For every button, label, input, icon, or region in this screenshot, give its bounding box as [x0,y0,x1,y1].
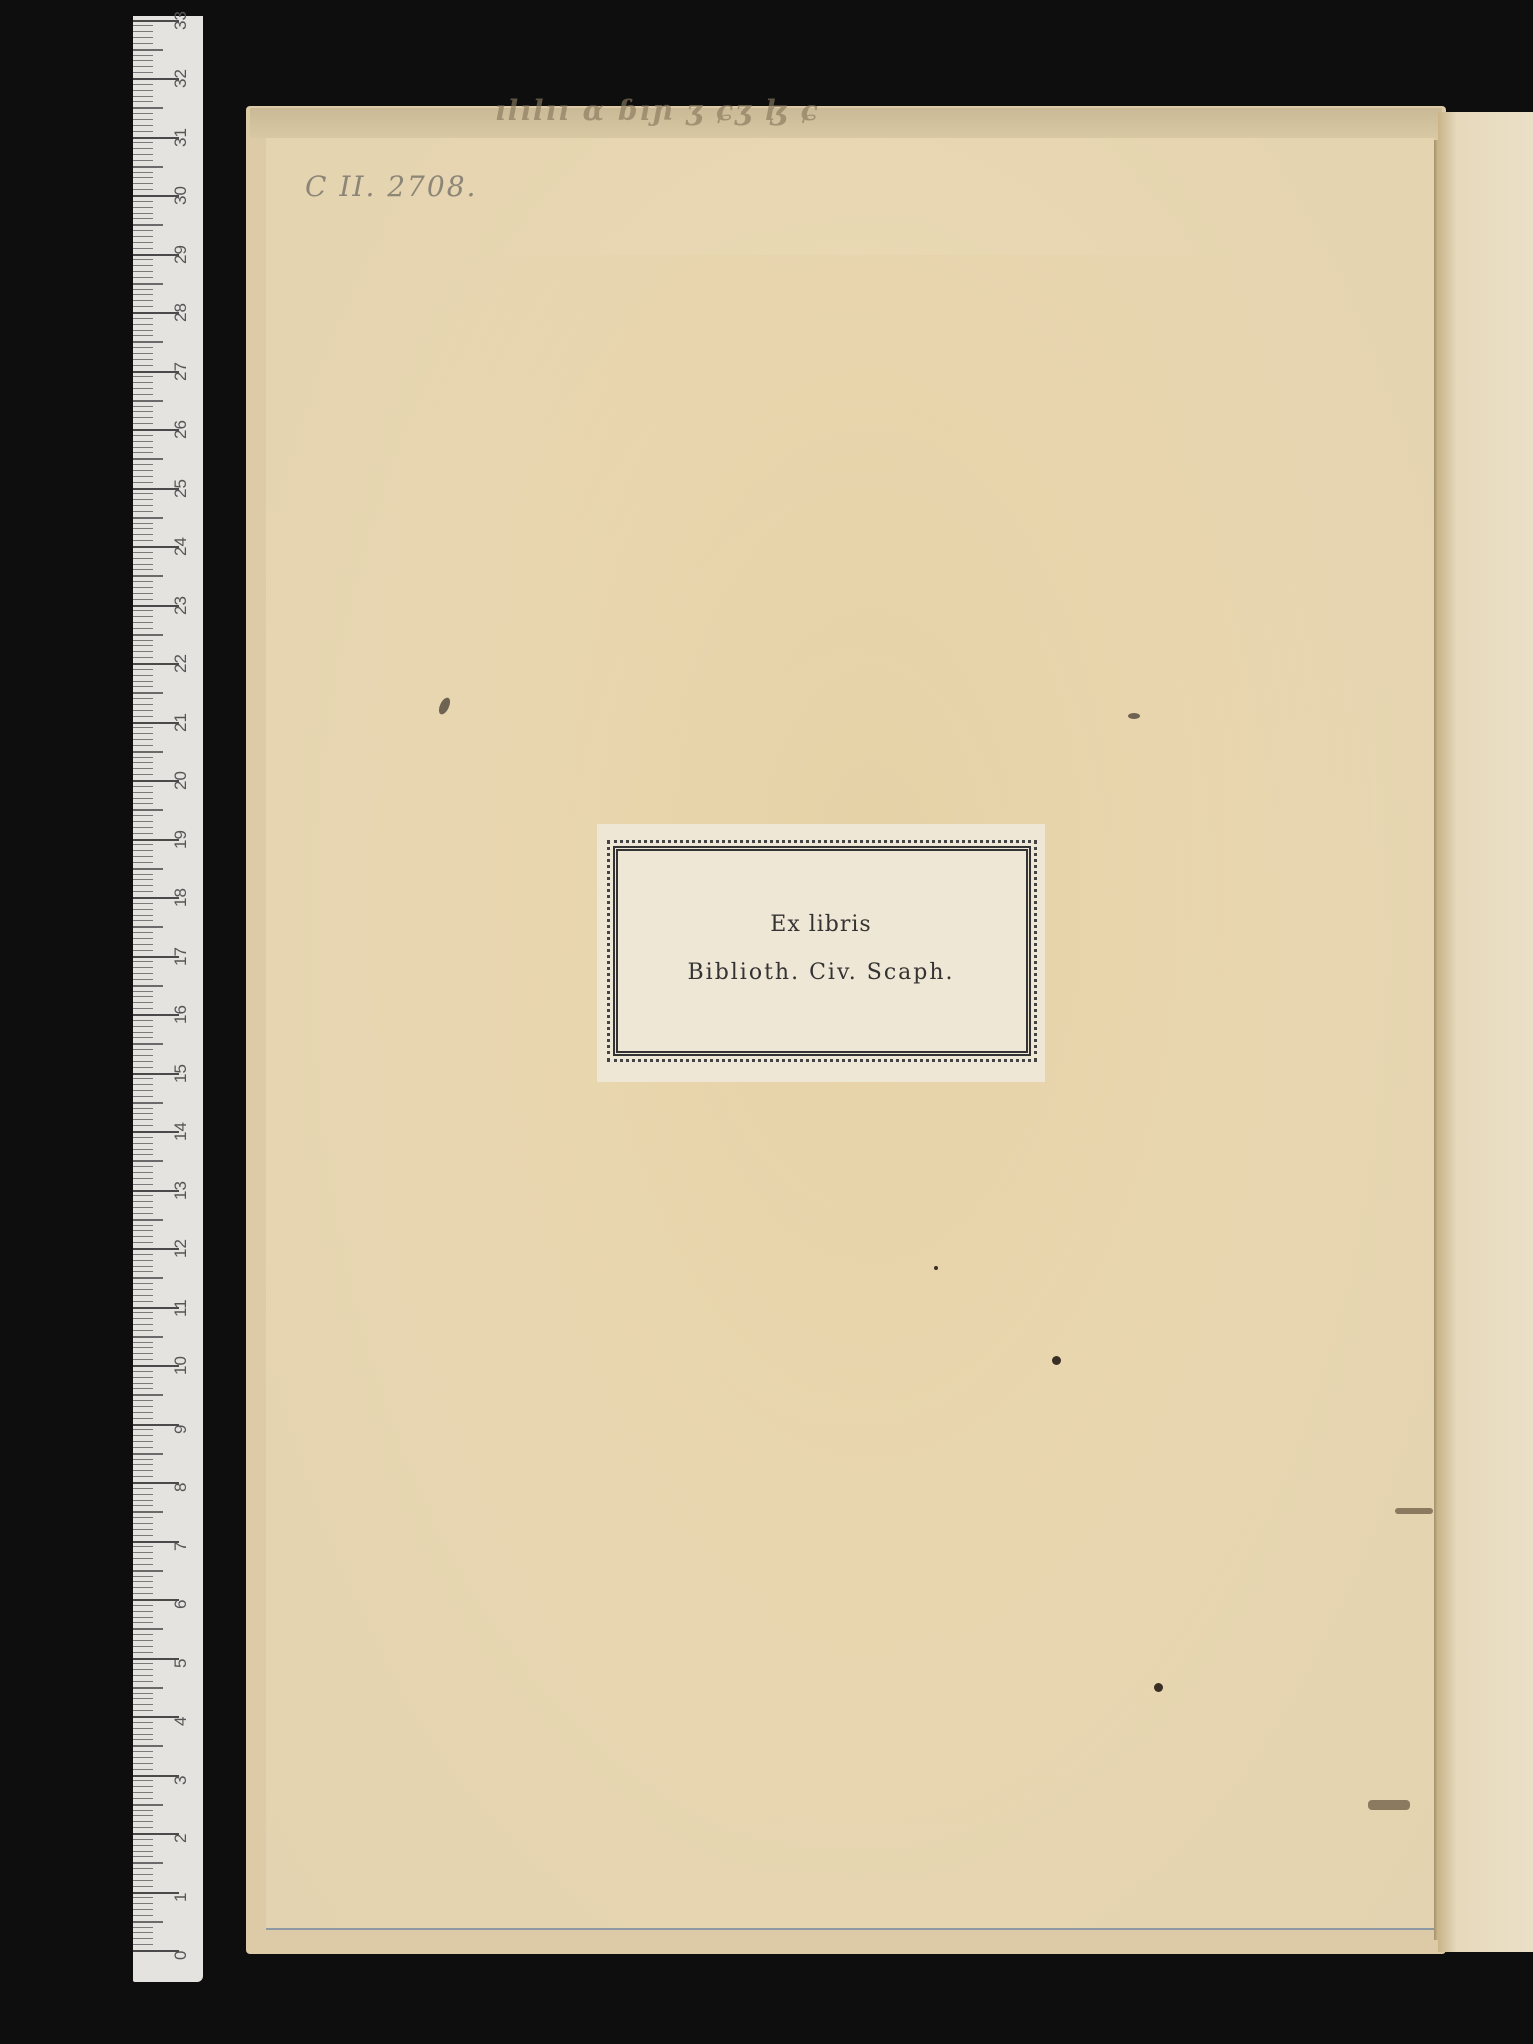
ruler-tick [133,1143,153,1144]
ink-spot [934,1266,938,1270]
ruler-tick [133,1622,153,1623]
ruler-tick [133,183,153,184]
ruler-label: 24 [171,526,191,556]
ruler-label: 6 [171,1579,191,1609]
ruler-tick [133,359,153,360]
ruler-tick [133,1119,153,1120]
ruler-tick [133,1330,153,1331]
ruler-tick [133,1792,153,1793]
ruler-tick [133,1845,153,1846]
ruler-tick [133,1745,163,1747]
ruler-tick [133,1605,153,1606]
ruler-tick [133,1037,153,1038]
ruler-tick [133,1418,153,1419]
ruler-tick [133,1470,153,1471]
ruler-tick [133,1915,153,1916]
ruler-tick [133,716,153,717]
ruler-tick [133,991,153,992]
ruler-tick [133,1827,153,1828]
ruler-label: 33 [171,0,191,30]
ruler-tick [133,236,153,237]
ruler-tick [133,277,153,278]
ruler-label: 20 [171,760,191,790]
ruler-label: 18 [171,877,191,907]
top-turn-in [250,108,1442,138]
ruler-tick [133,1137,153,1138]
stain-mark [1395,1508,1433,1514]
ruler-tick [133,447,153,448]
ruler-tick [133,148,153,149]
ruler-tick [133,727,153,728]
ruler-tick [133,973,153,974]
ruler-label: 4 [171,1696,191,1726]
ruler-tick [133,1160,163,1162]
ruler-tick [133,979,153,980]
ruler-tick [133,1921,163,1923]
ruler-label: 1 [171,1872,191,1902]
ruler-tick [133,651,153,652]
ruler-tick [133,827,153,828]
ruler-tick [133,1751,153,1752]
ruler-tick [133,1652,153,1653]
ruler-tick [133,821,153,822]
ruler-tick [133,43,153,44]
ruler-tick [133,1932,153,1933]
ruler-tick [133,511,153,512]
ruler-tick [133,996,153,997]
ruler-tick [133,1260,153,1261]
ruler-tick [133,1020,153,1021]
ruler-tick [133,1927,153,1928]
ruler-tick [133,1371,153,1372]
ruler-tick [133,932,153,933]
ruler-tick [133,470,153,471]
ruler-tick [133,1763,153,1764]
ruler-tick [133,1108,153,1109]
ruler-tick [133,493,153,494]
ruler-tick [133,300,153,301]
ruler-tick [133,569,153,570]
ruler-label: 3 [171,1755,191,1785]
ruler-tick [133,862,153,863]
ruler-label: 11 [171,1287,191,1317]
ruler-tick [133,60,153,61]
ruler-tick [133,762,153,763]
ruler-label: 0 [171,1930,191,1960]
ruler-tick [133,920,153,921]
ruler-tick [133,265,153,266]
ruler-tick [133,1236,153,1237]
bookplate: Ex libris Biblioth. Civ. Scaph. [597,824,1045,1082]
ruler-tick [133,423,153,424]
ruler-tick [133,704,153,705]
ink-spot [1052,1356,1061,1365]
ruler-tick [133,710,153,711]
ruler-tick [133,926,163,928]
shelfmark: C II. 2708. [305,170,477,203]
ruler-tick [133,1125,153,1126]
ruler-tick [133,1786,153,1787]
ruler-tick [133,435,153,436]
ruler-tick [133,1277,163,1279]
ruler-tick [133,1687,163,1689]
stain-mark [1368,1800,1410,1810]
ruler-tick [133,1693,153,1694]
ruler-tick [133,1336,163,1338]
ruler-tick [133,891,153,892]
ruler-label: 28 [171,292,191,322]
ruler-tick [133,1821,153,1822]
ruler-tick [133,1400,153,1401]
ruler-tick [133,1681,153,1682]
ruler-tick [133,1295,153,1296]
ruler-tick [133,1225,153,1226]
ruler-tick [133,1096,153,1097]
ruler-tick [133,335,153,336]
ruler-tick [133,622,153,623]
ruler-tick [133,72,153,73]
ruler-tick [133,464,153,465]
ruler-tick [133,1043,163,1045]
ruler-label: 17 [171,936,191,966]
ruler-tick [133,505,153,506]
ruler-tick [133,610,153,611]
ruler-tick [133,1880,153,1881]
ruler-tick [133,1739,153,1740]
ruler-tick [133,1663,153,1664]
ruler-tick [133,1517,153,1518]
ruler-tick [133,961,153,962]
ruler-tick [133,1090,153,1091]
ruler-tick [133,1342,153,1343]
ruler-tick [133,160,153,161]
ruler-tick [133,1102,163,1104]
ruler-tick [133,1324,153,1325]
ruler-tick [133,324,153,325]
ruler-tick [133,1728,153,1729]
ruler-tick [133,645,153,646]
ruler-tick [133,792,153,793]
ruler-label: 30 [171,175,191,205]
ruler-tick [133,909,153,910]
ruler-tick [133,306,153,307]
ruler-tick [133,388,153,389]
ruler-label: 23 [171,585,191,615]
ruler-tick [133,885,153,886]
ruler-tick [133,482,153,483]
ruler-label: 13 [171,1170,191,1200]
ruler-tick [133,1008,153,1009]
ruler-tick [133,1283,153,1284]
ruler-tick [133,950,153,951]
ruler-tick [133,1154,153,1155]
ruler-tick [133,1611,153,1612]
ruler-tick [133,1874,153,1875]
ruler-tick [133,1359,153,1360]
ruler-tick [133,1704,153,1705]
ruler-label: 9 [171,1404,191,1434]
ruler-tick [133,1464,153,1465]
ruler-tick [133,1868,153,1869]
ruler-tick [133,552,153,553]
ruler-tick [133,1734,153,1735]
ruler-tick [133,1856,153,1857]
ruler-tick [133,207,153,208]
ruler-tick [133,798,153,799]
ruler-tick [133,289,153,290]
ruler-tick [133,1669,153,1670]
ruler-label: 31 [171,117,191,147]
ruler-tick [133,1201,153,1202]
ruler-tick [133,593,153,594]
ruler-tick [133,1213,153,1214]
ruler-tick [133,1318,153,1319]
ruler-tick [133,376,153,377]
ruler-tick [133,692,163,694]
ruler-tick [133,1646,153,1647]
ruler-tick [133,587,153,588]
ruler-tick [133,1377,153,1378]
ruler-tick [133,1587,153,1588]
ruler-tick [133,1230,153,1231]
ruler-tick [133,1500,153,1501]
ruler-tick [133,868,163,870]
ruler-tick [133,1032,153,1033]
ruler-tick [133,1049,153,1050]
ruler-tick [133,1453,163,1455]
ruler-label: 10 [171,1345,191,1375]
ruler-tick [133,1722,153,1723]
ruler-tick [133,1581,153,1582]
ruler-tick [133,1546,153,1547]
ruler-tick [133,1938,153,1939]
ruler-tick [133,1429,153,1430]
ruler-tick [133,540,153,541]
ruler-tick [133,101,153,102]
ruler-tick [133,1488,153,1489]
ruler-tick [133,1523,153,1524]
ruler-tick [133,681,153,682]
ruler-tick [133,1909,153,1910]
ruler-tick [133,31,153,32]
ruler-label: 26 [171,409,191,439]
stain-mark [1128,713,1140,719]
ruler-tick [133,1026,153,1027]
ruler-tick [133,201,153,202]
ruler-tick [133,458,163,460]
ruler-label: 7 [171,1521,191,1551]
ruler-tick [133,1388,153,1389]
ruler-tick [133,1061,153,1062]
ruler-tick [133,657,153,658]
ruler-tick [133,874,153,875]
ruler-label: 22 [171,643,191,673]
ruler-tick [133,248,153,249]
ruler-label: 8 [171,1462,191,1492]
ruler-tick [133,283,163,285]
ruler-tick [133,1149,153,1150]
ruler-tick [133,441,153,442]
ruler-tick [133,739,153,740]
ruler-tick [133,1447,153,1448]
ruler-tick [133,1459,153,1460]
ruler-tick [133,271,153,272]
ruler-tick [133,294,153,295]
ruler-tick [133,815,153,816]
ruler-tick [133,417,153,418]
ruler-tick [133,1944,153,1945]
ruler-tick [133,452,153,453]
ruler-tick [133,400,163,402]
ruler-tick [133,1441,153,1442]
ruler-tick [133,1312,153,1313]
ruler-tick [133,686,153,687]
ruler-tick [133,903,153,904]
ruler-tick [133,1184,153,1185]
ruler-tick [133,1505,153,1506]
ruler-tick [133,1617,153,1618]
ruler-tick [133,1347,153,1348]
ruler-tick [133,628,153,629]
ruler-tick [133,1798,153,1799]
ruler-tick [133,1810,153,1811]
ruler-tick [133,757,153,758]
ruler-label: 5 [171,1638,191,1668]
ruler-tick [133,382,153,383]
ruler-tick [133,1640,153,1641]
ruler-tick [133,1271,153,1272]
ruler-tick [133,224,163,226]
ruler-tick [133,1254,153,1255]
ruler-tick [133,985,163,987]
ruler-tick [133,1435,153,1436]
ruler-tick [133,1055,153,1056]
ruler-tick [133,55,153,56]
ruler-tick [133,1207,153,1208]
ruler-tick [133,172,153,173]
ruler-tick [133,1353,153,1354]
ruler-tick [133,581,153,582]
ruler-tick [133,1710,153,1711]
ruler-tick [133,166,163,168]
ruler-tick [133,1769,153,1770]
ruler-tick [133,230,153,231]
ruler-label: 2 [171,1813,191,1843]
ruler-tick [133,1570,163,1572]
ruler-tick [133,96,153,97]
ruler-tick [133,675,153,676]
ruler-tick [133,1757,153,1758]
ruler-tick [133,1851,153,1852]
ruler-tick [133,394,153,395]
ruler-tick [133,809,163,811]
ruler-tick [133,1698,153,1699]
ruler-tick [133,1839,153,1840]
ruler-tick [133,1593,153,1594]
ruler-tick [133,125,153,126]
ruler-tick [133,1675,153,1676]
ruler-label: 12 [171,1228,191,1258]
ruler-tick [133,1511,163,1513]
ruler-tick [133,844,153,845]
ruler-tick [133,353,153,354]
ruler-tick [133,879,153,880]
ruler-tick [133,318,153,319]
ruler-tick [133,517,163,519]
ruler-tick [133,1166,153,1167]
ruler-tick [133,213,153,214]
ink-spot [1154,1683,1163,1692]
ruler-tick [133,90,153,91]
ruler-tick [133,1383,153,1384]
ruler-tick [133,1815,153,1816]
ruler-tick [133,330,153,331]
ruler-tick [133,218,153,219]
ruler-tick [133,189,153,190]
ruler-tick [133,107,163,109]
ruler-tick [133,1780,153,1781]
ruler-tick [133,1634,153,1635]
ruler-label: 19 [171,819,191,849]
ruler-tick [133,1552,153,1553]
ruler-tick [133,803,153,804]
ruler-tick [133,856,153,857]
ruler-tick [133,242,153,243]
ruler-tick [133,1476,153,1477]
ruler-tick [133,113,153,114]
ruler-tick [133,558,153,559]
ruler-label: 15 [171,1053,191,1083]
ruler-tick [133,1084,153,1085]
ruler-tick [133,523,153,524]
ruler-tick [133,751,163,753]
ruler-tick [133,669,153,670]
ruler-tick [133,938,153,939]
spine-manuscript-fragment: ılılıı ɑ ɓıɲ ʒ ɕʒ ɮ ɕ [495,94,820,127]
ruler-tick [133,25,153,26]
ruler-tick [133,1406,153,1407]
ruler-tick [133,564,153,565]
ruler-tick [133,66,153,67]
ruler-tick [133,634,163,636]
ruler-label: 25 [171,468,191,498]
ruler-tick [133,177,153,178]
ruler-tick [133,967,153,968]
ruler-tick [133,1564,153,1565]
ruler-tick [133,1113,153,1114]
ruler-tick [133,37,153,38]
ruler-tick [133,774,153,775]
ruler-tick [133,1412,153,1413]
ruler-tick [133,347,153,348]
ruler-tick [133,365,153,366]
ruler-tick [133,1494,153,1495]
ruler-tick [133,154,153,155]
ruler-tick [133,640,153,641]
ruler-tick [133,1862,163,1864]
ruler-tick [133,745,153,746]
ruler-tick [133,1301,153,1302]
ruler: 0123456789101112131415161718192021222324… [133,16,203,1982]
ruler-tick [133,733,153,734]
ruler-tick [133,406,153,407]
ruler-tick [133,1903,153,1904]
ruler-tick [133,341,163,343]
ruler-label: 29 [171,234,191,264]
ruler-tick [133,1628,163,1630]
ruler-label: 14 [171,1111,191,1141]
ruler-tick [133,1804,163,1806]
